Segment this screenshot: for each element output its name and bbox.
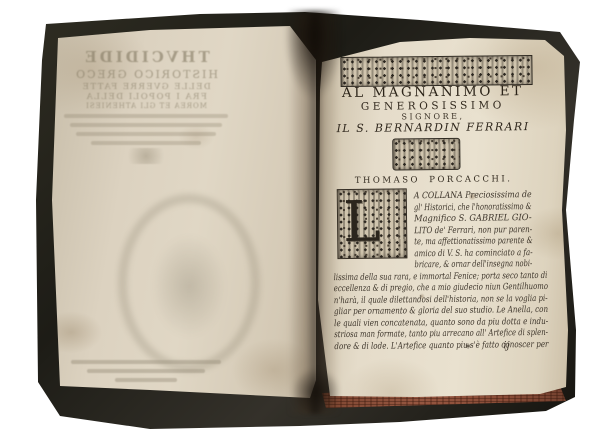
body-text-line: amico di V. S. ha cominciato a fa- xyxy=(414,248,509,260)
decorated-initial-block: L xyxy=(337,188,408,259)
ghost-illegible-line xyxy=(64,114,228,118)
body-text-line: gl' Historici, che l'honoratissimo & xyxy=(414,202,503,214)
title-page-show-through: THVCIDIDE HISTORICO GRECO DELLE GVERRE F… xyxy=(48,24,244,400)
ghost-illegible-line xyxy=(76,132,216,136)
printers-device-show-through xyxy=(118,194,260,372)
photo-scene: THVCIDIDE HISTORICO GRECO DELLE GVERRE F… xyxy=(0,0,600,443)
ghost-title-line: DELLE GVERRE FATTE xyxy=(48,82,244,92)
right-page: AL MAGNANIMO ET GENEROSISSIMO SIGNORE, I… xyxy=(316,30,568,400)
spine-bottom-shadow xyxy=(292,368,340,412)
ghost-title-line: HISTORICO GRECO xyxy=(48,68,244,81)
signature-number: ij xyxy=(503,340,509,351)
author-line: THOMASO PORCACCHI. xyxy=(326,174,542,186)
left-page: THVCIDIDE HISTORICO GRECO DELLE GVERRE F… xyxy=(50,24,316,400)
ghost-title-line: MOREA ET GLI ATHENIESI xyxy=(48,102,244,110)
ghost-title-line: THVCIDIDE xyxy=(48,48,244,66)
ghost-ornament xyxy=(123,148,169,164)
ornament-woodcut xyxy=(392,138,460,171)
ghost-illegible-line xyxy=(91,141,201,145)
ghost-imprint-line xyxy=(115,378,177,382)
body-text-line: LITO de' Ferrari, non pur paren- xyxy=(414,225,510,238)
body-text-line: bricare, & ornar dell'insegna nobi- xyxy=(414,259,504,271)
ghost-illegible-line xyxy=(70,123,222,127)
ghost-imprint-line xyxy=(87,369,205,373)
ghost-title-line: FRA I POPOLI DELLA xyxy=(48,92,244,102)
body-text-line: te, ma affettionatissimo parente & xyxy=(414,236,505,248)
body-text-line: dore & di lode. L'Artefice quanto piu s'… xyxy=(334,340,508,353)
dedicatee-line: IL S. BERNARDIN FERRARI xyxy=(325,120,541,135)
signature-mark: * xyxy=(465,342,471,355)
spine-top-shadow xyxy=(284,10,344,100)
right-page-content: AL MAGNANIMO ET GENEROSISSIMO SIGNORE, I… xyxy=(314,29,570,402)
ghost-imprint-line xyxy=(71,360,221,364)
drop-cap-letter: L xyxy=(343,190,381,256)
headpiece-woodcut xyxy=(340,55,532,87)
